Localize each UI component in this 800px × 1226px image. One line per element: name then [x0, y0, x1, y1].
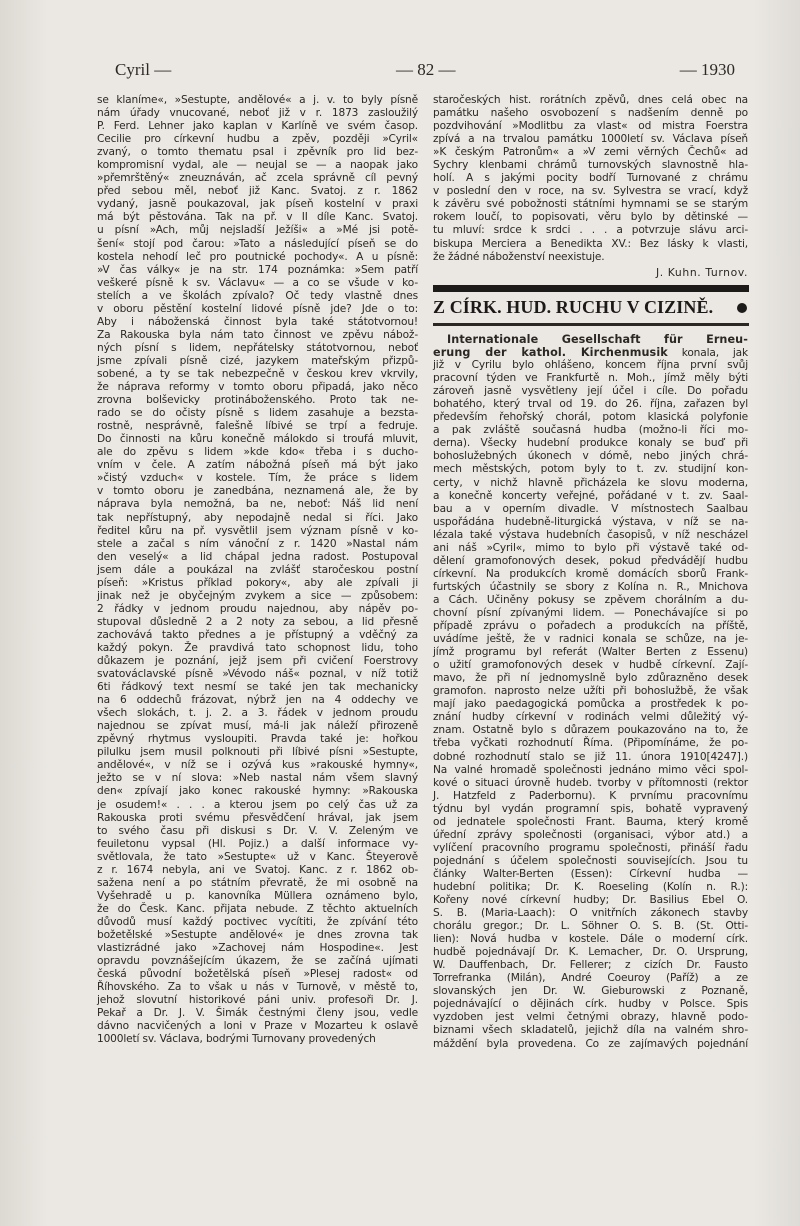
text-line: feuiletonu vypsal (Hl. Pojiz.) a další i… [97, 838, 418, 851]
text-line: na 6 oddechů frázovat, nýbrž jen na 4 od… [97, 694, 418, 707]
text-line: zpěvný rhytmus vysloupiti. Pravda také j… [97, 733, 418, 746]
text-line: každý pokyn. Že pravdivá tato schopnost … [97, 642, 418, 655]
text-line: P. Ferd. Lehner jako kaplan v Karlíně ve… [97, 120, 418, 133]
text-line: bohoslužebných úkonech v dómě, nebo jiný… [433, 450, 748, 463]
text-line: že žádné náboženství neexistuje. [433, 251, 748, 264]
text-line: mají jako paedagogická pomůcka a prostře… [433, 698, 748, 711]
text-line: zachovává takto přednes a je přístupný a… [97, 629, 418, 642]
text-line: ale do zpěvu s lidem »kde kdo« třeba i s… [97, 446, 418, 459]
journal-name: Cyril — [115, 60, 171, 80]
text-line: od jednatele společnosti Frant. Bauma, k… [433, 816, 748, 829]
text-line: dávno nacvičených a loni v Praze v Mozar… [97, 1020, 418, 1033]
text-line: »čistý vzduch« v kostele. Tím, že práce … [97, 472, 418, 485]
section-heading-text: Z CÍRK. HUD. RUCHU V CIZINĚ. [433, 297, 713, 317]
text-line: Torrefranka (Milán), André Coeuroy (Paří… [433, 972, 748, 985]
text-line: a pak zvláště současná hudba (možno-li ř… [433, 424, 748, 437]
text-line: v oboru pěstění kostelní lidové písně jd… [97, 303, 418, 316]
text-line: pojednávající o dějinách círk. hudby v P… [433, 998, 748, 1011]
text-line: mech městských, potom byly to t. zv. stu… [433, 463, 748, 476]
text-line: hudební politika; Dr. K. Roeseling (Kolí… [433, 881, 748, 894]
text-line: lézala také výstava hudebních časopisů, … [433, 529, 748, 542]
text-line: k závěru své pobožnosti státními hymnami… [433, 198, 748, 211]
text-line: jehož slovutní historikové páni univ. pr… [97, 994, 418, 1007]
year: — 1930 [680, 60, 735, 80]
text-line: biskupa Merciera a Benedikta XV.: Bez lá… [433, 238, 748, 251]
text-line: uvádíme ještě, že v radnici konala se sc… [433, 633, 748, 646]
text-line: tu mluví: srdce k srdci . . . a potvrzuj… [433, 224, 748, 237]
text-line: svatováclavské písně »Vévodo náš« poznal… [97, 668, 418, 681]
text-line: Rakouska proti svému přesvědčení hrával,… [97, 812, 418, 825]
text-line: Říhovského. Za to však u nás v Turnově, … [97, 981, 418, 994]
text-line: najednou se zpívat musí, má-li jak nálež… [97, 720, 418, 733]
text-line: třeba vyčkati rozhodnutí Říma. (Připomín… [433, 737, 748, 750]
text-line: vyzdoben jest velmi četnými obrazy, hlav… [433, 1011, 748, 1024]
text-line: zároveň jasně vysvětleny její účel i cíl… [433, 385, 748, 398]
text-line: W. Dauffenbach, Dr. Fellerer; z cizích D… [433, 959, 748, 972]
text-line: den« zpívají jako konec rakouské hymny: … [97, 785, 418, 798]
text-line: biznami všech skladatelů, jejichž díla n… [433, 1024, 748, 1037]
text-line: to svého času při diskusi s Dr. V. V. Ze… [97, 825, 418, 838]
text-line: erung der kathol. Kirchenmusik konala, j… [433, 346, 748, 359]
article-lead-title: Internationale Gesellschaft für Erneu- [433, 333, 748, 346]
text-line: vlastizrádné jako »Zachovej nám Hospodin… [97, 942, 418, 955]
text-line: má být pěstována. Tak na př. v II díle K… [97, 211, 418, 224]
text-line: vydaný, jasně poukazoval, jak píseň kost… [97, 198, 418, 211]
text-line: sažena není a po státním převratě, že mi… [97, 877, 418, 890]
text-line: Za Rakouska byla nám tato činnost ve zpě… [97, 329, 418, 342]
thick-rule [433, 285, 749, 292]
text-line: Kořeny nové církevní hudby; Dr. Basilius… [433, 894, 748, 907]
text-line: před sebou měl, neboť již Kanc. Svatoj. … [97, 185, 418, 198]
text-line: J. Hatzfeld z Paderbornu). K prvnímu pra… [433, 790, 748, 803]
text-line: ježto se v ní slova: »Neb nastal nám vše… [97, 772, 418, 785]
text-line: dělení gramofonových desek, pokud předvá… [433, 555, 748, 568]
text-line: u písní »Ach, můj nejsladší Ježíši« a »M… [97, 224, 418, 237]
text-line: nám úřady vnucované, neboť již v r. 1873… [97, 107, 418, 120]
text-line: pojednání s účelem společnosti souvisejí… [433, 855, 748, 868]
bullet-icon [737, 303, 747, 313]
text-line: pilulku jsem musil polknouti při líbivé … [97, 746, 418, 759]
text-line: 6ti řádkový text nesmí se také jen tak m… [97, 681, 418, 694]
text-line: 1000letí sv. Václava, bodrými Turnovany … [97, 1033, 418, 1046]
text-line: světlovala, že tato »Sestupte« už v Kanc… [97, 851, 418, 864]
text-line: články Walter-Berten (Essen): Církevní h… [433, 868, 748, 881]
text-line: jsme zpívali písně cizé, jazykem mateřsk… [97, 355, 418, 368]
author-signature: J. Kuhn. Turnov. [433, 266, 748, 279]
text-line: vním v čele. A zatím nábožná píseň má bý… [97, 459, 418, 472]
text-line: Vyšehradě u p. kanovníka Müllera oznámen… [97, 890, 418, 903]
text-line: Na valné hromadě společnosti jednáno mim… [433, 764, 748, 777]
text-line: týdnu byl vydán programní spis, bohatě v… [433, 803, 748, 816]
text-line: rokem loučí, to popisovati, věru bylo by… [433, 211, 748, 224]
text-line: máždění byla provedena. Co ze zajímavých… [433, 1038, 748, 1051]
text-line: jinak než je obyčejným zvykem a sice — z… [97, 590, 418, 603]
text-line: znání hudby církevní v rodinách velmi dů… [433, 711, 748, 724]
text-line: den veselý« a lid chápal jedna radost. P… [97, 551, 418, 564]
text-line: andělové«, v níž se i ozývá kus »rakousk… [97, 759, 418, 772]
text-line: ných písní s lidem, nepřátelsky státotvo… [97, 342, 418, 355]
text-line: rado se do očisty písně s lidem zasahuje… [97, 407, 418, 420]
text-line: důkazem je poznání, jejž jsem při cvičen… [97, 655, 418, 668]
text-line: že do Česk. Kanc. přijata nebude. Z těch… [97, 903, 418, 916]
text-line: šení« stojí pod čarou: »Tato a následují… [97, 238, 418, 251]
text-line: sobené, a ty se tak nebezpečně v českou … [97, 368, 418, 381]
text-line: důvodů musí každý poctivec vycítiti, že … [97, 916, 418, 929]
right-column-top: staročeských hist. rorátních zpěvů, dnes… [433, 94, 748, 279]
section-header: Z CÍRK. HUD. RUCHU V CIZINĚ. [433, 285, 749, 326]
text-line: chovní písní zpívanými lidem. — Ponecháv… [433, 607, 748, 620]
text-line: uspořádána hudebně-liturgická výstava, v… [433, 516, 748, 529]
text-line: zvaný, o tomto thematu psal i zpěvník pr… [97, 146, 418, 159]
text-line: z r. 1674 nebyla, ani ve Svatoj. Kanc. z… [97, 864, 418, 877]
text-line: tak nepřístupný, aby nepodajně nedal si … [97, 512, 418, 525]
text-line: úřední zprávy společnosti (organisaci, v… [433, 829, 748, 842]
text-line: veškeré písně k sv. Václavu« — a co se v… [97, 277, 418, 290]
text-line: holí. A s jakými pocity bodří Turnované … [433, 172, 748, 185]
text-line: a Cách. Učiněny pokusy se zpěvem choráln… [433, 594, 748, 607]
text-line: bohatého, který trval od 19. do 26. říjn… [433, 398, 748, 411]
text-line: »K českým Patronům« a »V zemi věrných Če… [433, 146, 748, 159]
text-line: vylíčení pracovního programu společnosti… [433, 842, 748, 855]
article-body: Internationale Gesellschaft für Erneu-er… [433, 333, 748, 1051]
text-line: stelích a ve školách zpívalo? Oč tedy vl… [97, 290, 418, 303]
text-line: pracovní týden ve Frankfurtě n. Moh., jí… [433, 372, 748, 385]
text-line: bau a v operním divadle. V místnostech S… [433, 503, 748, 516]
text-line: česká původní božetělská píseň »Plesej r… [97, 968, 418, 981]
text-line: mavo, že při ní jednomyslně bylo zdůrazn… [433, 672, 748, 685]
section-heading: Z CÍRK. HUD. RUCHU V CIZINĚ. [433, 297, 749, 321]
text-line: církevní. Na produkcích kromě domácích s… [433, 568, 748, 581]
text-line: S. B. (Maria-Laach): O vnitřních zákonec… [433, 907, 748, 920]
text-line: případě zprávu o pořadech a produkcích n… [433, 620, 748, 633]
text-line: v tomto oboru je zanedbána, neznamená al… [97, 485, 418, 498]
text-line: zrovna bolševicky protináboženského. Pro… [97, 394, 418, 407]
text-line: jsem dále a poukázal na zvlášť staročesk… [97, 564, 418, 577]
text-line: »přemrštěný« zneuznáván, ač zcela správn… [97, 172, 418, 185]
text-line: o užití gramofonových desek v hudbě círk… [433, 659, 748, 672]
text-line: je osudem!« . . . a kterou jsem po celý … [97, 799, 418, 812]
text-line: náprava byla nemožná, ba ne, neboť: Náš … [97, 498, 418, 511]
text-line: v poslední den v roce, na sv. Sylvestra … [433, 185, 748, 198]
text-line: dobné rozhodnutí stalo se již 11. února … [433, 751, 748, 764]
text-line: hudbě pojednávají Dr. K. Lemacher, Dr. O… [433, 946, 748, 959]
text-line: gramofon. naprosto nelze užíti při bohos… [433, 685, 748, 698]
text-line: kové o situaci úrovně hudeb. tvorby v př… [433, 777, 748, 790]
text-line: 2 řádky v jednom proudu najednou, aby ná… [97, 603, 418, 616]
text-line: píseň: »Kristus příklad pokory«, aby ale… [97, 577, 418, 590]
page-number: — 82 — [396, 60, 456, 80]
left-column: se klaníme«, »Sestupte, andělové« a j. v… [97, 94, 418, 1046]
text-line: rostně, nesprávně, falešně líbivé se trp… [97, 420, 418, 433]
text-line: Aby i náboženská činnost byla také státo… [97, 316, 418, 329]
text-line: stele a začal s ním vánoční z r. 1420 »N… [97, 538, 418, 551]
text-line: především řehořský chorál, potom klasick… [433, 411, 748, 424]
text-line: jímž programu byl referát (Walter Berten… [433, 646, 748, 659]
text-line: božetělské »Sestupte andělové« je dnes z… [97, 929, 418, 942]
thin-rule [433, 323, 749, 326]
text-line: certy, v nichž hlavně přicházela ke slov… [433, 477, 748, 490]
text-line: »V čas války« je na str. 174 poznámka: »… [97, 264, 418, 277]
text-line: ředitel kůru na př. vysvětlil jsem význa… [97, 525, 418, 538]
text-line: již v Cyrilu bylo ohlášeno, koncem října… [433, 359, 748, 372]
text-line: zpívá a na trvalou památku 1000letí sv. … [433, 133, 748, 146]
text-line: ani náš »Cyril«, mimo to bylo při výstav… [433, 542, 748, 555]
text-line: kompromisní vydal, ale — neujal se — a n… [97, 159, 418, 172]
text-line: opravdu povznášejícím úkazem, že se začí… [97, 955, 418, 968]
text-line: furtských účastnily se sbory z Kolína n.… [433, 581, 748, 594]
text-line: všech slokách, t. j. 2. a 3. řádek v jed… [97, 707, 418, 720]
running-header: Cyril — — 82 — — 1930 [115, 60, 735, 84]
text-line: chorálu gregor.; Dr. L. Söhner O. S. B. … [433, 920, 748, 933]
text-line: lien): Nová hudba v kostele. Dále o mode… [433, 933, 748, 946]
text-line: staročeských hist. rorátních zpěvů, dnes… [433, 94, 748, 107]
text-line: se klaníme«, »Sestupte, andělové« a j. v… [97, 94, 418, 107]
text-line: že náprava reformy v tomto oboru připadá… [97, 381, 418, 394]
text-line: znam. Ostatně bylo s důrazem poukazováno… [433, 724, 748, 737]
text-line: kostela nehodí leč pro poutnické pochody… [97, 251, 418, 264]
text-line: Pekař a Dr. J. V. Šimák čestnými členy j… [97, 1007, 418, 1020]
text-line: stupoval důsledně 2 a 2 noty za sebou, a… [97, 616, 418, 629]
text-line: Cecilie pro církevní hudbu a zpěv, pozdě… [97, 133, 418, 146]
text-line: pozdvihování »Modlitbu za vlast« od mist… [433, 120, 748, 133]
text-line: památku našeho osvobození s nadšením den… [433, 107, 748, 120]
text-line: a konečně koncerty veřejné, pořádané v t… [433, 490, 748, 503]
scanned-page: Cyril — — 82 — — 1930 se klaníme«, »Sest… [0, 0, 800, 1226]
text-line: Do činnosti na kůru konečně málokdo si t… [97, 433, 418, 446]
text-line: slovanských jen Dr. W. Gieburowski z Poz… [433, 985, 748, 998]
text-line: Sychry klenbami chrámů turnovských slavn… [433, 159, 748, 172]
text-line: derna). Všecky hudební produkce konaly s… [433, 437, 748, 450]
